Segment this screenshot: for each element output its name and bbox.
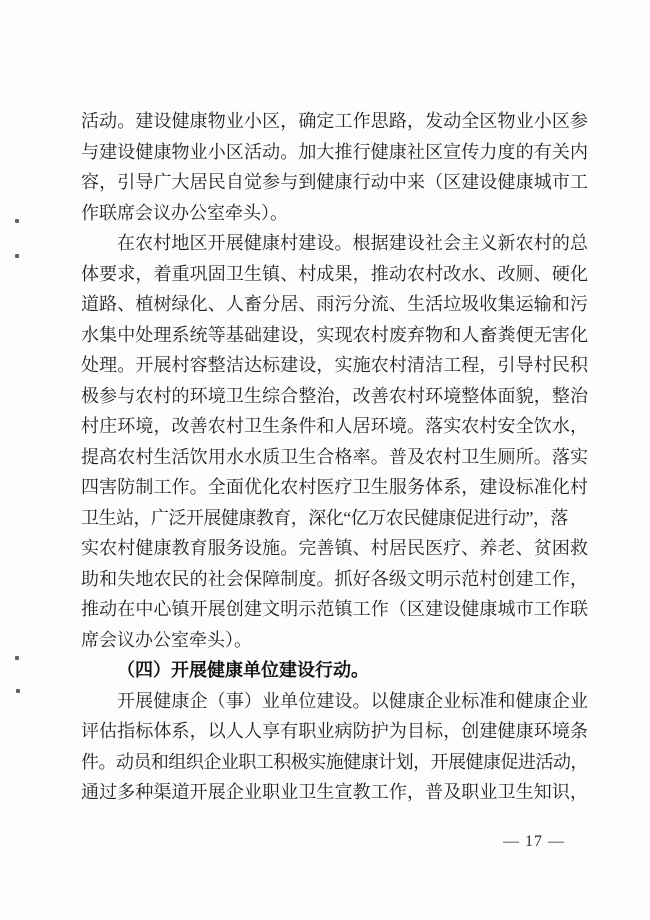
text-line: 件。动员和组织企业职工积极实施健康计划，开展健康促进活动， [81, 747, 588, 778]
text-line: 作联席会议办公室牵头）。 [81, 198, 588, 229]
text-line: 通过多种渠道开展企业职业卫生宣教工作，普及职业卫生知识， [81, 777, 588, 808]
page-number: — 17 — [498, 832, 570, 852]
text-line: 四害防制工作。全面优化农村医疗卫生服务体系，建设标准化村 [81, 472, 588, 503]
text-line: 处理。开展村容整洁达标建设，实施农村清洁工程，引导村民积 [81, 350, 588, 381]
text-line: 容，引导广大居民自觉参与到健康行动中来（区建设健康城市工 [81, 167, 588, 198]
text-line: 卫生站，广泛开展健康教育，深化“亿万农民健康促进行动”，落 [81, 503, 588, 534]
text-line: 与建设健康物业小区活动。加大推行健康社区宣传力度的有关内 [81, 137, 588, 168]
text-line: 推动在中心镇开展创建文明示范镇工作（区建设健康城市工作联 [81, 594, 588, 625]
text-line: 席会议办公室牵头）。 [81, 625, 588, 656]
scan-speck [16, 689, 20, 693]
body-text: 活动。建设健康物业小区，确定工作思路，发动全区物业小区参与建设健康物业小区活动。… [81, 106, 588, 808]
text-line: 极参与农村的环境卫生综合整治，改善农村环境整体面貌，整治 [81, 381, 588, 412]
scanned-document-page: { "document": { "text_color": "#1f1f1f",… [0, 0, 650, 920]
page: 活动。建设健康物业小区，确定工作思路，发动全区物业小区参与建设健康物业小区活动。… [0, 0, 650, 920]
text-line: 水集中处理系统等基础建设，实现农村废弃物和人畜粪便无害化 [81, 320, 588, 351]
text-line: 在农村地区开展健康村建设。根据建设社会主义新农村的总 [81, 228, 588, 259]
section-heading: （四）开展健康单位建设行动。 [81, 655, 588, 686]
text-line: 活动。建设健康物业小区，确定工作思路，发动全区物业小区参 [81, 106, 588, 137]
text-line: 开展健康企（事）业单位建设。以健康企业标准和健康企业 [81, 686, 588, 717]
text-line: 村庄环境，改善农村卫生条件和人居环境。落实农村安全饮水， [81, 411, 588, 442]
scan-speck [15, 254, 19, 258]
scan-speck [15, 219, 19, 223]
text-line: 提高农村生活饮用水水质卫生合格率。普及农村卫生厕所。落实 [81, 442, 588, 473]
text-line: 评估指标体系，以人人享有职业病防护为目标，创建健康环境条 [81, 716, 588, 747]
scan-speck [15, 656, 19, 660]
text-line: 道路、植树绿化、人畜分居、雨污分流、生活垃圾收集运输和污 [81, 289, 588, 320]
text-line: 实农村健康教育服务设施。完善镇、村居民医疗、养老、贫困救 [81, 533, 588, 564]
text-line: 助和失地农民的社会保障制度。抓好各级文明示范村创建工作， [81, 564, 588, 595]
text-line: 体要求，着重巩固卫生镇、村成果，推动农村改水、改厕、硬化 [81, 259, 588, 290]
